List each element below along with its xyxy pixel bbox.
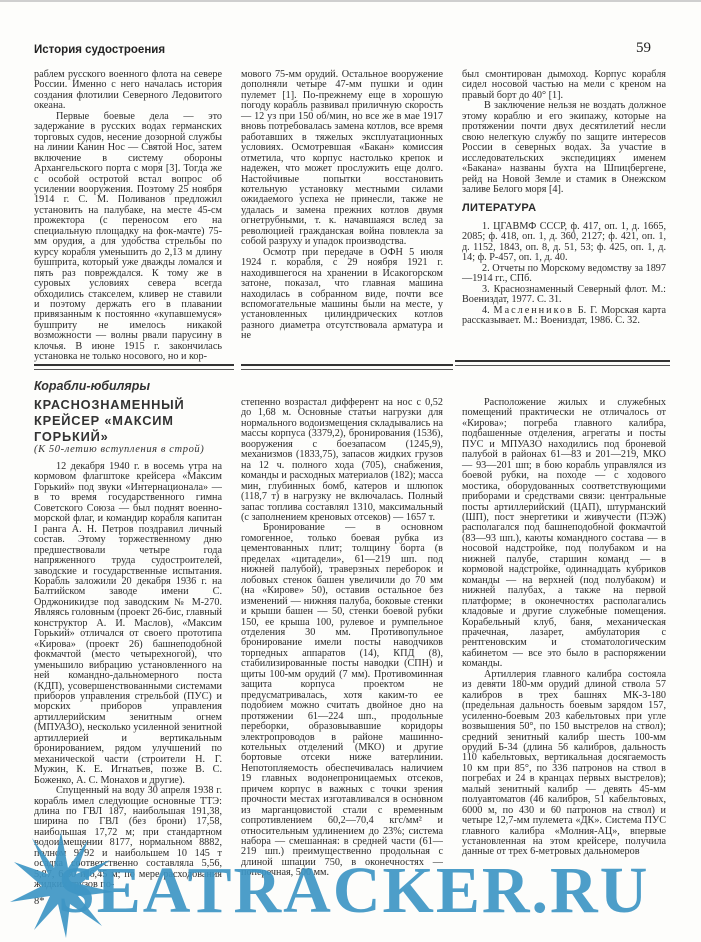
paragraph: Расположение жилых и служебных помещений… — [462, 398, 666, 670]
reference-item: 2. Отчеты по Морскому ведомству за 1897—… — [462, 264, 666, 285]
article-title: КРАСНОЗНАМЕННЫЙ КРЕЙСЕР «МАКСИМ ГОРЬКИЙ» — [34, 397, 224, 445]
reference-author: Масленников — [494, 305, 574, 316]
watermark-text: SEATRACKER.RU — [58, 858, 649, 924]
paragraph: В заключение нельзя не воздать должное э… — [462, 101, 666, 195]
section-divider — [455, 360, 670, 366]
paragraph: был смонтирован дымоход. Корпус корабля … — [462, 70, 666, 101]
section-divider — [241, 364, 453, 370]
running-head: История судостроения — [34, 44, 165, 56]
paragraph: Осмотр при передаче в ОФН 5 июля 1924 г.… — [241, 248, 443, 342]
reference-item: 3. Краснознаменный Северный флот. М.: Во… — [462, 285, 666, 306]
top-article-column-2: мового 75-мм орудий. Остальное вооружени… — [241, 70, 443, 342]
bottom-article-column-2: степенно возрастал дифферент на нос с 0,… — [241, 398, 443, 879]
paragraph: Первые боевые дела — это задержание в ру… — [34, 112, 222, 363]
top-article-column-1: раблем русского военного флота на севере… — [34, 70, 222, 363]
rubric-heading: Корабли-юбиляры — [34, 379, 150, 393]
article-subtitle: (К 50-летию вступления в строй) — [34, 444, 204, 455]
page-number: 59 — [636, 40, 651, 57]
paragraph: 12 декабря 1940 г. в восемь утра на корм… — [34, 462, 222, 786]
paragraph: степенно возрастал дифферент на нос с 0,… — [241, 398, 443, 523]
reference-item: 1. ЦГАВМФ СССР, ф. 417, оп. 1, д. 1665, … — [462, 222, 666, 264]
reference-item: 4. Масленников Б. Г. Морская карта расск… — [462, 306, 666, 327]
paragraph: мового 75-мм орудий. Остальное вооружени… — [241, 70, 443, 248]
paragraph: раблем русского военного флота на севере… — [34, 70, 222, 112]
literature-heading: ЛИТЕРАТУРА — [462, 203, 666, 213]
section-divider — [34, 364, 234, 370]
bottom-article-column-1: 12 декабря 1940 г. в восемь утра на корм… — [34, 462, 222, 891]
top-article-column-3: был смонтирован дымоход. Корпус корабля … — [462, 70, 666, 326]
page-top-edge — [0, 0, 701, 2]
paragraph: Артиллерия главного калибра состояла из … — [462, 670, 666, 858]
paragraph: Бронирование — в основном гомогенное, то… — [241, 523, 443, 878]
bottom-article-column-3: Расположение жилых и служебных помещений… — [462, 398, 666, 858]
reference-number: 4. — [482, 305, 490, 316]
